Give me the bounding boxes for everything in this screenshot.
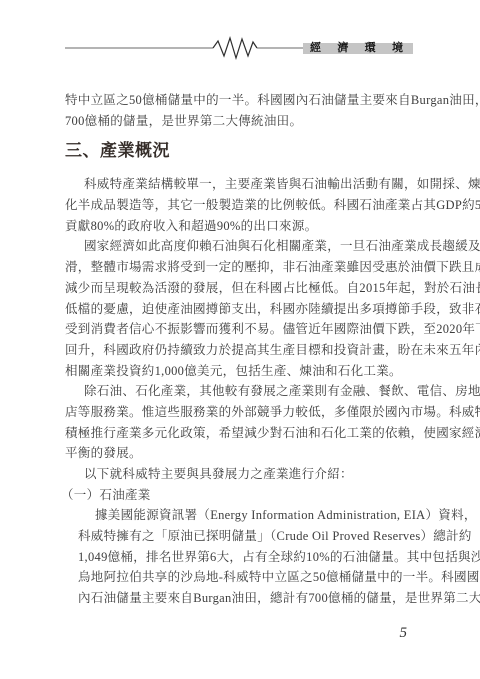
header-rule (65, 36, 303, 60)
subsection-heading-oil-industry: （一）石油產業 (61, 485, 415, 506)
text-line: 1,049億桶，排名世界第6大，占有全球約10%的石油儲量。其中包括與沙 (78, 547, 415, 568)
paragraph-oil-reserves: 據美國能源資訊署（Energy Information Administrati… (78, 505, 415, 608)
text-line: 店等服務業。惟這些服務業的外部競爭力較低，多僅限於國內市場。科威特近年正 (65, 402, 415, 423)
text-line: 除石油、石化產業，其他較有發展之產業則有金融、餐飲、電信、房地產和飯 (65, 381, 415, 402)
section-heading: 三、產業概況 (65, 138, 415, 164)
pulse-waveform-icon (65, 36, 303, 60)
text-line: 化半成品製造等，其它一般製造業的比例較低。科國石油產業占其GDP約50%，並 (65, 195, 415, 216)
text-line: 滑，整體市場需求將受到一定的壓抑，非石油產業雖因受惠於油價下跌且成本同時 (65, 257, 415, 278)
text-line: 700億桶的儲量，是世界第二大傳統油田。 (65, 111, 415, 132)
paragraph-intro-to-list: 以下就科威特主要與具發展力之產業進行介紹： (65, 464, 415, 485)
header-title-char: 經 (310, 43, 321, 54)
text-line: 國家經濟如此高度仰賴石油與石化相關產業，一旦石油產業成長趨緩及收入下 (65, 236, 415, 257)
text-line: 以下就科威特主要與具發展力之產業進行介紹： (65, 464, 415, 485)
header-section-title: 經濟環境 (303, 43, 413, 54)
text-line: 烏地阿拉伯共享的沙烏地-科威特中立區之50億桶儲量中的一半。科國國 (78, 567, 415, 588)
text-line: 科威特擁有之「原油已探明儲量」（Crude Oil Proved Reserve… (78, 526, 415, 547)
text-line: 回升，科國政府仍持續致力於提高其生產目標和投資計畫，盼在未來五年內於石油 (65, 340, 415, 361)
text-line: 據美國能源資訊署（Energy Information Administrati… (78, 505, 415, 526)
page-number: 5 (400, 625, 408, 641)
intro-paragraph: 特中立區之50億桶儲量中的一半。科國國內石油儲量主要來自Burgan油田，總計有… (65, 90, 415, 131)
text-line: 積極推行產業多元化政策，希望減少對石油和石化工業的依賴，使國家經濟達到更 (65, 423, 415, 444)
paragraph-other-industries: 除石油、石化產業，其他較有發展之產業則有金融、餐飲、電信、房地產和飯店等服務業。… (65, 381, 415, 464)
text-line: 特中立區之50億桶儲量中的一半。科國國內石油儲量主要來自Burgan油田，總計有 (65, 90, 415, 111)
text-line: 受到消費者信心不振影響而獲利不易。儘管近年國際油價下跌，至2020年下半才漸 (65, 319, 415, 340)
text-line: 內石油儲量主要來自Burgan油田，總計有700億桶的儲量，是世界第二大 (78, 588, 415, 609)
header-title-char: 環 (365, 43, 376, 54)
paragraph-industry-overview: 科威特產業結構較單一，主要產業皆與石油輸出活動有關，如開採、煉油、石化半成品製造… (65, 174, 415, 236)
header-title-char: 濟 (337, 43, 348, 54)
text-line: 減少而呈現較為活潑的發展，但在科國占比極低。自2015年起，對於石油長期維持 (65, 278, 415, 299)
text-line: 相關產業投資約1,000億美元，包括生產、煉油和石化工業。 (65, 361, 415, 382)
paragraph-oil-dependence: 國家經濟如此高度仰賴石油與石化相關產業，一旦石油產業成長趨緩及收入下滑，整體市場… (65, 236, 415, 381)
text-line: 低檔的憂慮，迫使產油國撙節支出，科國亦陸續提出多項撙節手段，致非石油產業 (65, 299, 415, 320)
document-page: 經濟環境 特中立區之50億桶儲量中的一半。科國國內石油儲量主要來自Burgan油… (0, 0, 480, 679)
text-line: 科威特產業結構較單一，主要產業皆與石油輸出活動有關，如開採、煉油、石 (65, 174, 415, 195)
text-column: 特中立區之50億桶儲量中的一半。科國國內石油儲量主要來自Burgan油田，總計有… (65, 90, 415, 609)
text-line: 貢獻80%的政府收入和超過90%的出口來源。 (65, 216, 415, 237)
header-title-char: 境 (392, 43, 403, 54)
text-line: 平衡的發展。 (65, 443, 415, 464)
